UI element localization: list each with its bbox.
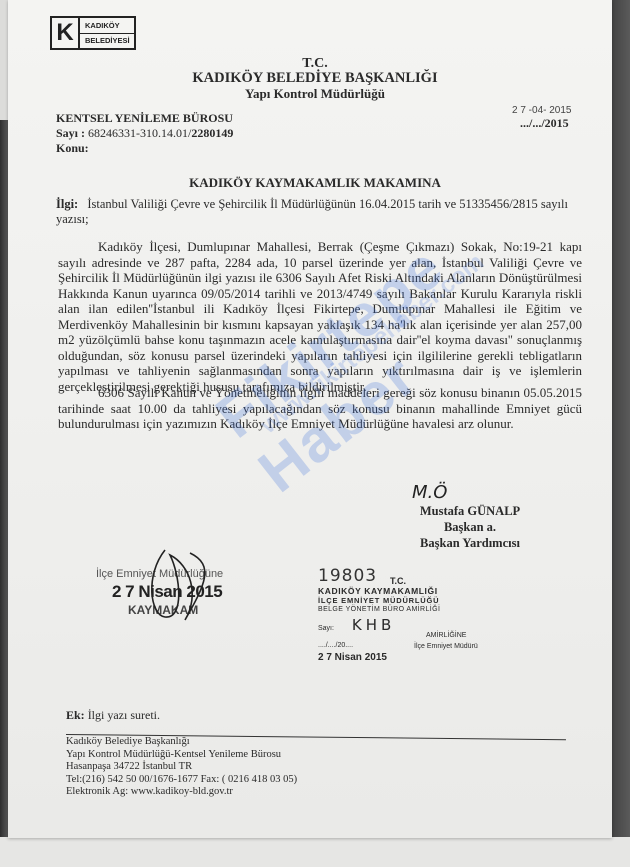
signature-handwritten: M.Ö <box>412 482 447 503</box>
right-stamp-sayi-handwritten: KHB <box>352 616 395 634</box>
right-stamp-line-1: KADIKÖY KAYMAKAMLIĞI <box>318 586 438 596</box>
office-name: KENTSEL YENİLEME BÜROSU <box>56 111 233 126</box>
reference-number: Sayı : 68246331-310.14.01/2280149 <box>56 126 233 141</box>
left-stamp-signature <box>135 545 225 625</box>
attachment-line: Ek: İlgi yazı sureti. <box>66 708 160 723</box>
date-printed: .../.../2015 <box>520 116 569 131</box>
kadikoy-logo: K KADIKÖY BELEDİYESİ <box>50 16 136 50</box>
ilgi-continuation: yazısı; <box>56 212 89 227</box>
header-department: Yapı Kontrol Müdürlüğü <box>0 86 630 102</box>
sayi-value: 68246331-310.14.01/ <box>88 126 191 140</box>
logo-line-1: KADIKÖY <box>80 18 134 34</box>
signatory-title-1: Başkan a. <box>400 519 540 535</box>
signature-block: Mustafa GÜNALP Başkan a. Başkan Yardımcı… <box>400 503 540 551</box>
signatory-title-2: Başkan Yardımcısı <box>400 535 540 551</box>
right-stamp-line-3: BELGE YÖNETİM BÜRO AMİRLİĞİ <box>318 606 440 613</box>
sayi-bold: 2280149 <box>191 126 233 140</box>
background-table <box>0 837 630 867</box>
attachment-label: Ek: <box>66 708 85 722</box>
footer-line-5: Elektronik Ag: www.kadikoy-bld.gov.tr <box>66 786 297 799</box>
right-stamp-line-2: İLÇE EMNİYET MÜDÜRLÜĞÜ <box>318 596 439 605</box>
footer-line-4: Tel:(216) 542 50 00/1676-1677 Fax: ( 021… <box>66 774 297 787</box>
footer-line-1: Kadıköy Belediye Başkanlığı <box>66 736 297 749</box>
konu-label: Konu: <box>56 141 89 156</box>
right-stamp-number: 19803 <box>318 566 377 586</box>
right-stamp-amirligine: AMİRLİĞİNE <box>426 632 466 639</box>
date-stamp: 2 7 -04- 2015 <box>512 105 572 116</box>
right-stamp-sayi-label: Sayı: <box>318 625 334 632</box>
right-stamp-date: 2 7 Nisan 2015 <box>318 652 387 663</box>
logo-line-2: BELEDİYESİ <box>80 34 134 49</box>
right-stamp-addressee: İlçe Emniyet Müdürü <box>414 643 478 650</box>
signatory-name: Mustafa GÜNALP <box>400 503 540 519</box>
footer-line-3: Hasanpaşa 34722 İstanbul TR <box>66 761 297 774</box>
footer-line-2: Yapı Kontrol Müdürlüğü-Kentsel Yenileme … <box>66 749 297 762</box>
right-stamp-tc: T.C. <box>390 576 406 586</box>
ilgi-label: İlgi: <box>56 197 78 211</box>
attachment-text: İlgi yazı sureti. <box>88 708 160 722</box>
sayi-label: Sayı : <box>56 126 85 140</box>
right-stamp-sayi: Sayı: KHB <box>318 616 395 634</box>
right-stamp-date-blank: ..../..../20.... <box>318 642 353 649</box>
logo-k-icon: K <box>52 18 80 48</box>
footer-address: Kadıköy Belediye Başkanlığı Yapı Kontrol… <box>66 736 297 799</box>
header-institution: KADIKÖY BELEDİYE BAŞKANLIĞI <box>0 70 630 87</box>
